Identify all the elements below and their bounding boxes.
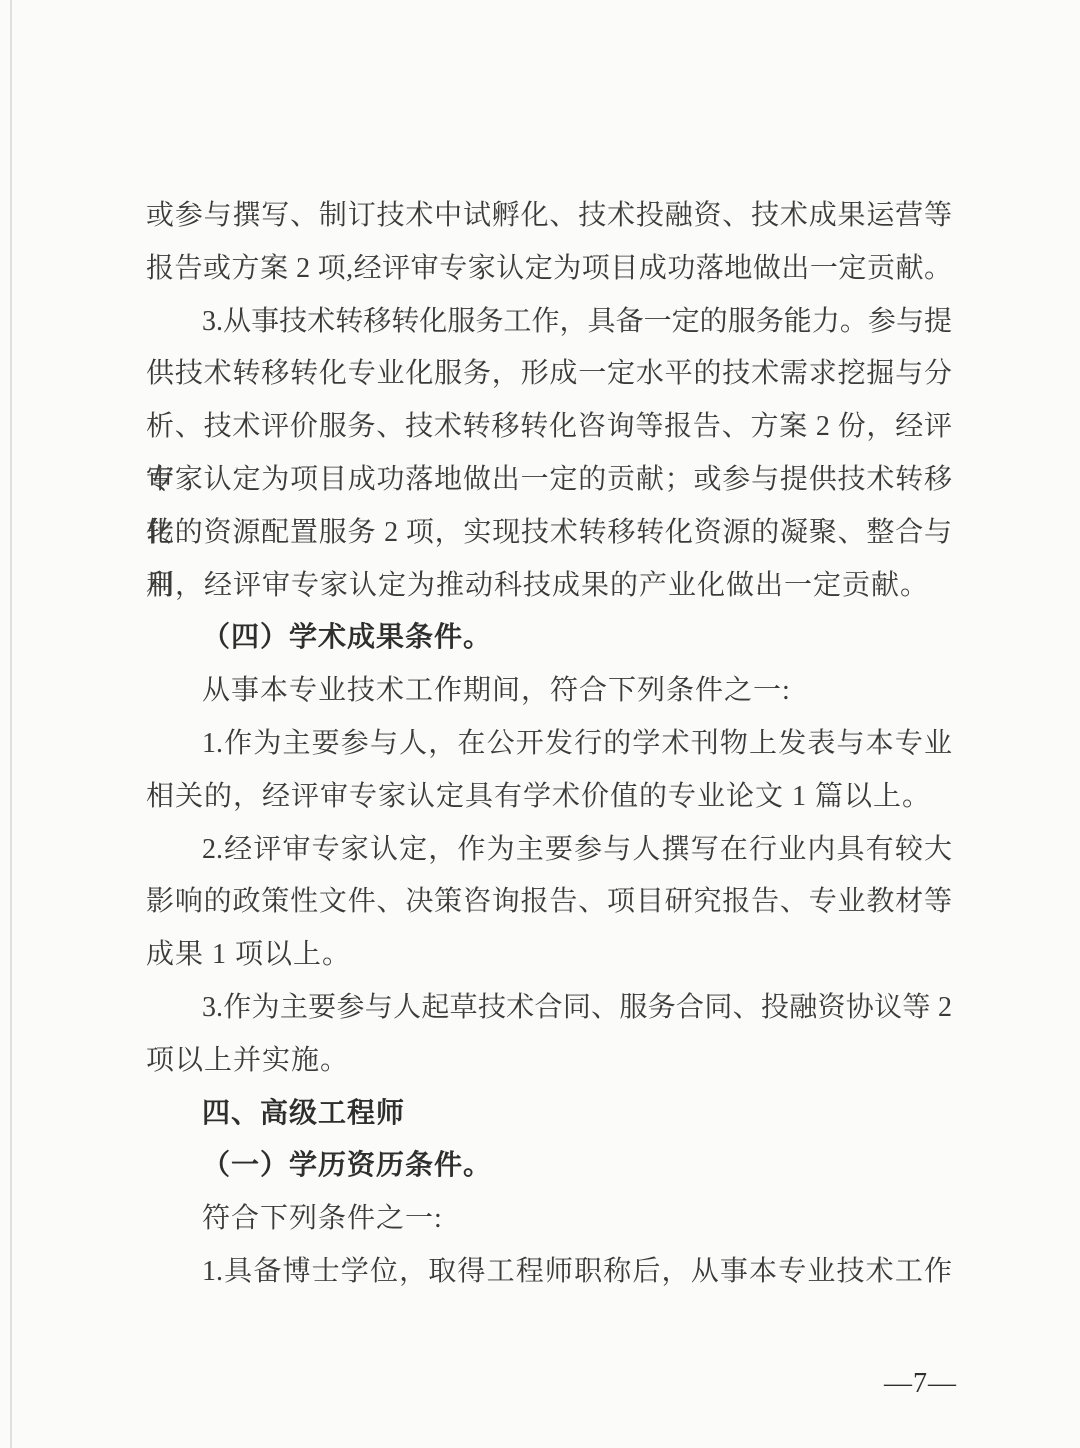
text-line: 1.作为主要参与人，在公开发行的学术刊物上发表与本专业 [146, 718, 952, 771]
text-line: 供技术转移转化专业化服务，形成一定水平的技术需求挖掘与分 [146, 348, 952, 401]
text-line: 项以上并实施。 [146, 1035, 952, 1088]
text-line: （四）学术成果条件。 [146, 612, 952, 665]
text-line: 或参与撰写、制订技术中试孵化、技术投融资、技术成果运营等 [146, 190, 952, 243]
text-line: 相关的，经评审专家认定具有学术价值的专业论文 1 篇以上。 [146, 771, 952, 824]
text-line: 成果 1 项以上。 [146, 929, 952, 982]
page-number: —7— [884, 1368, 957, 1400]
scan-edge-artifact [10, 0, 12, 1448]
scanned-document-page: 或参与撰写、制订技术中试孵化、技术投融资、技术成果运营等报告或方案 2 项,经评… [0, 0, 1080, 1448]
text-line: 用，经评审专家认定为推动科技成果的产业化做出一定贡献。 [146, 560, 952, 613]
text-line: 符合下列条件之一: [146, 1193, 952, 1246]
document-text: 或参与撰写、制订技术中试孵化、技术投融资、技术成果运营等报告或方案 2 项,经评… [146, 190, 952, 1299]
text-line: 化的资源配置服务 2 项，实现技术转移转化资源的凝聚、整合与利 [146, 507, 952, 560]
text-line: 3.从事技术转移转化服务工作，具备一定的服务能力。参与提 [146, 296, 952, 349]
text-line: 3.作为主要参与人起草技术合同、服务合同、投融资协议等 2 [146, 982, 952, 1035]
text-line: 四、高级工程师 [146, 1088, 952, 1141]
text-line: 专家认定为项目成功落地做出一定的贡献；或参与提供技术转移转 [146, 454, 952, 507]
text-line: 从事本专业技术工作期间，符合下列条件之一: [146, 665, 952, 718]
text-line: 1.具备博士学位，取得工程师职称后，从事本专业技术工作 [146, 1246, 952, 1299]
text-line: 报告或方案 2 项,经评审专家认定为项目成功落地做出一定贡献。 [146, 243, 952, 296]
text-line: （一）学历资历条件。 [146, 1140, 952, 1193]
text-line: 2.经评审专家认定，作为主要参与人撰写在行业内具有较大 [146, 824, 952, 877]
text-line: 析、技术评价服务、技术转移转化咨询等报告、方案 2 份，经评审 [146, 401, 952, 454]
text-line: 影响的政策性文件、决策咨询报告、项目研究报告、专业教材等 [146, 876, 952, 929]
